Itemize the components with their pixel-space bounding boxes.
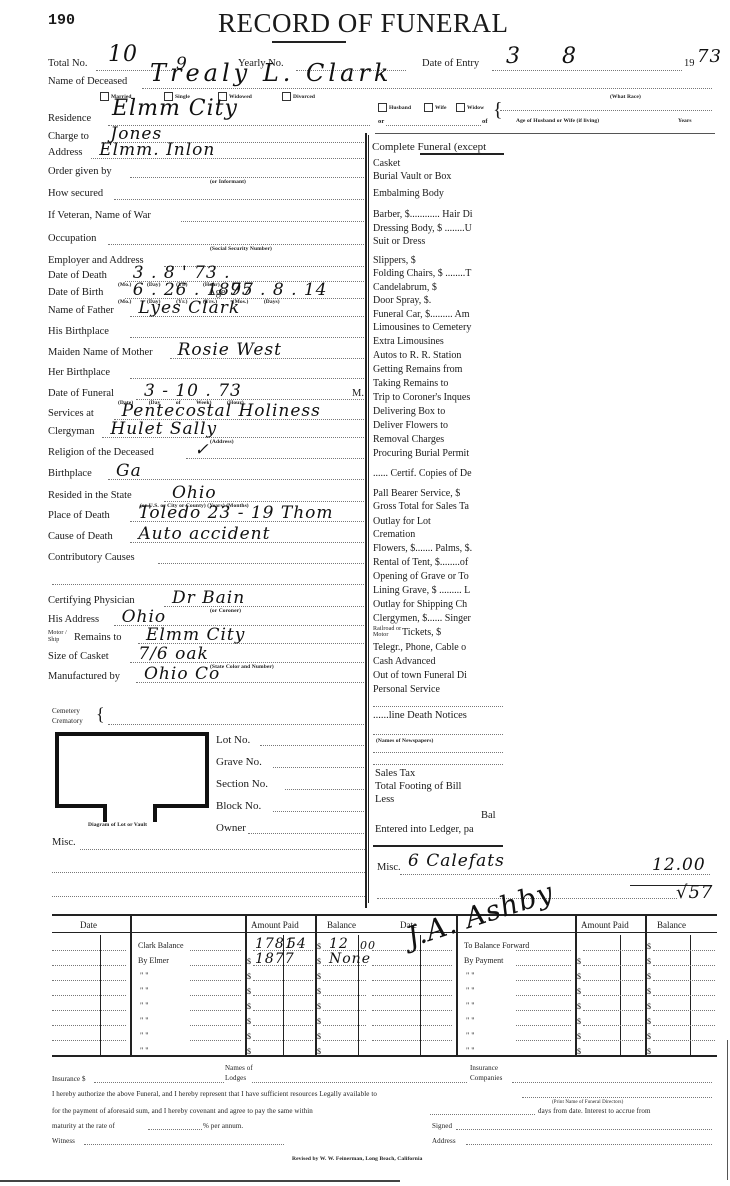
contributory-causes-label: Contributory Causes (48, 552, 135, 564)
title-underline (272, 41, 346, 43)
charge-item: Taking Remains to (373, 378, 503, 390)
left-amount-dollar-sign: $ (247, 1032, 251, 1041)
right-balance-line[interactable] (653, 1025, 715, 1026)
remains-to-value: Elmm City (146, 626, 245, 644)
name-of-deceased-label: Name of Deceased (48, 76, 127, 88)
right-amount-line[interactable] (583, 980, 643, 981)
occupation-caption: (Social Security Number) (210, 246, 272, 252)
date-of-entry-year-prefix: 19 (684, 58, 695, 70)
right-amount-dollar-sign: $ (577, 1032, 581, 1041)
right-ledger-desc: To Balance Forward (464, 941, 529, 950)
signed-line (456, 1129, 712, 1130)
charge-item: Extra Limousines (373, 336, 503, 348)
charge-item: Procuring Burial Permit (373, 448, 503, 460)
left-balance-dollar-sign: $ (317, 972, 321, 981)
maturity-text: maturity at the rate of (52, 1122, 115, 1130)
right-balance-line[interactable] (653, 980, 715, 981)
employer-and-address-label: Employer and Address (48, 255, 144, 267)
right-balance-dollar-sign: $ (647, 957, 651, 966)
date-of-entry-label: Date of Entry (422, 58, 479, 70)
maiden-name-of-mother-value: Rosie West (178, 341, 282, 359)
charge-item: Rental of Tent, $........of (373, 557, 503, 569)
lodges-label-top: Names of (225, 1064, 253, 1072)
percent-text: % per annum. (203, 1122, 243, 1130)
right-amount-line[interactable] (583, 1010, 643, 1011)
right-ledger-desc-line[interactable] (516, 965, 571, 966)
charges-header: Complete Funeral (except (372, 141, 486, 153)
left-ledger-desc-line[interactable] (190, 965, 241, 966)
block-no-label: Block No. (216, 800, 261, 812)
charge-item: Personal Service (373, 684, 503, 696)
religion-of-the-deceased-line[interactable] (186, 458, 364, 459)
remains-to-label: Remains to (74, 632, 122, 644)
left-amount-line[interactable] (253, 980, 313, 981)
authorize-text: I hereby authorize the above Funeral, an… (52, 1090, 377, 1098)
left-balance-line[interactable] (323, 1040, 366, 1041)
charges-header-underline (420, 153, 504, 155)
grave-no-line[interactable] (273, 767, 364, 768)
cemetery-label: Cemetery (52, 707, 80, 715)
manufactured-by-value: Ohio Co (144, 665, 220, 683)
date-of-funeral-value: 3 - 10 . 73 (144, 382, 242, 400)
charge-item: Dressing Body, $ ........U (373, 223, 503, 235)
left-balance-dollar-sign: $ (317, 942, 321, 951)
left-balance-line[interactable] (323, 1025, 366, 1026)
age-value: 75 . 8 . 14 (230, 281, 328, 299)
misc-left-line-3 (52, 896, 365, 897)
name-of-father-label: Name of Father (48, 305, 114, 317)
charge-item: Cremation (373, 529, 503, 541)
right-balance-line[interactable] (653, 965, 715, 966)
date-of-funeral-suffix: M. (352, 388, 364, 400)
size-of-casket-value: 7/6 oak (138, 645, 208, 663)
charge-item: Outlay for Shipping Ch (373, 599, 503, 611)
page-number: 190 (48, 12, 75, 29)
right-balance-line[interactable] (653, 950, 715, 951)
charge-item: Casket (373, 158, 503, 170)
page-right-edge (727, 1040, 728, 1180)
charge-item: Suit or Dress (373, 236, 503, 248)
charge-item: Autos to R. R. Station (373, 350, 503, 362)
charge-item: Lining Grave, $ ......... L (373, 585, 503, 597)
age-spouse-caption: Age of Husband or Wife (if living) (516, 118, 599, 124)
left-ledger-desc: " " (140, 971, 149, 980)
certifying-physician-caption: (or Coroner) (210, 608, 241, 614)
services-at-value: Pentecostal Holiness (122, 402, 321, 420)
charge-item: Out of town Funeral Di (373, 670, 503, 682)
his-address-value: Ohio (122, 608, 167, 626)
left-amount-dollar-sign: $ (247, 972, 251, 981)
ledger-header-rule (52, 932, 717, 933)
place-of-death-label: Place of Death (48, 510, 110, 522)
how-secured-label: How secured (48, 188, 103, 200)
bal-label: Bal (481, 810, 496, 822)
spouse-widow: Widow (456, 103, 484, 112)
right-ledger-desc-line[interactable] (516, 1010, 571, 1011)
right-amount-line[interactable] (583, 1040, 643, 1041)
or-line (386, 125, 481, 126)
religion-of-the-deceased-label: Religion of the Deceased (48, 447, 154, 459)
left-ledger-desc: Clark Balance (138, 941, 184, 950)
order-given-by-label: Order given by (48, 166, 112, 178)
right-balance-line[interactable] (653, 1010, 715, 1011)
maiden-name-of-mother-label: Maiden Name of Mother (48, 347, 153, 359)
right-amount-dollar-sign: $ (577, 987, 581, 996)
right-ledger-date-line[interactable] (372, 1025, 452, 1026)
charge-item: Tickets, $ (402, 627, 503, 639)
charge-item: Pall Bearer Service, $ (373, 488, 503, 500)
right-ledger-desc-line[interactable] (516, 1040, 571, 1041)
lot-diagram-gate-right (153, 804, 157, 822)
left-ledger-divider (130, 915, 132, 1055)
checkbox-widow[interactable] (456, 103, 465, 112)
spouse-name-line (500, 110, 712, 111)
left-amount-dollar-sign: $ (247, 987, 251, 996)
lot-no-label: Lot No. (216, 734, 250, 746)
left-ledger-date-line[interactable] (52, 980, 126, 981)
newspapers-caption: (Names of Newspapers) (376, 738, 433, 744)
right-amount-dollar-sign: $ (577, 957, 581, 966)
address-label: Address (432, 1137, 456, 1145)
left-balance-dollar-sign: $ (317, 957, 321, 966)
charge-item: Clergymen, $...... Singer (373, 613, 503, 625)
right-ledger-date-line[interactable] (372, 995, 452, 996)
residence-value: Elmm City (112, 100, 238, 118)
right-ledger-desc: " " (466, 986, 475, 995)
religion-of-the-deceased-value: ✓ (194, 441, 209, 459)
checkbox-divorced[interactable] (282, 92, 291, 101)
checkbox-married[interactable] (100, 92, 109, 101)
charge-to-label: Charge to (48, 131, 89, 143)
amount-dollars: 1877 (255, 950, 295, 968)
left-date-header: Date (80, 920, 97, 930)
revised-text: Revised by W. W. Feinerman, Long Beach, … (292, 1156, 422, 1162)
right-balance-line[interactable] (653, 995, 715, 996)
left-ledger-desc-line[interactable] (190, 1025, 241, 1026)
railroad-label: Railroad or Motor (373, 626, 403, 638)
clergyman-value: Hulet Sally (110, 420, 217, 438)
name-of-father-value: Lyes Clark (138, 299, 240, 317)
right-ledger-desc: " " (466, 1046, 475, 1055)
birthplace-label: Birthplace (48, 468, 92, 480)
right-balance-dollar-sign: $ (647, 1017, 651, 1026)
misc-right-value: 6 Calefats (408, 852, 505, 870)
right-ledger-date-line[interactable] (372, 1040, 452, 1041)
companies-label-top: Insurance (470, 1064, 498, 1072)
her-birthplace-label: Her Birthplace (48, 367, 110, 379)
checkbox-husband[interactable] (378, 103, 387, 112)
section-no-line[interactable] (285, 789, 364, 790)
misc-left-line-2 (52, 872, 365, 873)
death-notices-label: ......line Death Notices (373, 710, 467, 722)
rate-line (148, 1129, 202, 1130)
right-amount-dollar-sign: $ (577, 1002, 581, 1011)
right-ledger-date-line[interactable] (372, 965, 452, 966)
ledger-bottom-rule (52, 1055, 717, 1057)
right-ledger-desc: By Payment (464, 956, 503, 965)
charge-item: Gross Total for Sales Ta (373, 501, 503, 513)
cemetery-line (108, 724, 364, 725)
race-caption: (What Race) (610, 94, 641, 100)
of-label: of (482, 118, 488, 125)
spouse-wife: Wife (424, 103, 447, 112)
charge-item: Slippers, $ (373, 255, 503, 267)
lot-diagram-gate-left (103, 804, 107, 822)
years-caption: Years (678, 118, 692, 124)
right-amount-dollar-sign: $ (577, 1017, 581, 1026)
date-of-entry-year: 73 (697, 48, 722, 66)
order-given-by-line[interactable] (130, 177, 364, 178)
right-balance-line[interactable] (653, 1040, 715, 1041)
left-ledger-date-line[interactable] (52, 965, 126, 966)
lodges-label: Lodges (225, 1074, 246, 1082)
left-ledger-date-line[interactable] (52, 1010, 126, 1011)
total-no-value: 10 (108, 46, 138, 64)
left-balance-line[interactable] (323, 980, 366, 981)
charge-item: Embalming Body (373, 188, 503, 200)
signed-label: Signed (432, 1122, 452, 1130)
witness-label: Witness (52, 1137, 75, 1145)
charge-item: Barber, $............ Hair Di (373, 209, 503, 221)
right-ledger-desc: " " (466, 971, 475, 980)
companies-line (512, 1082, 712, 1083)
owner-label: Owner (216, 822, 246, 834)
occupation-line[interactable] (108, 244, 364, 245)
payment-text: for the payment of aforesaid sum, and I … (52, 1107, 313, 1115)
birthplace-value: Ga (116, 462, 142, 480)
lot-diagram (55, 732, 209, 808)
left-ledger-desc: " " (140, 1031, 149, 1040)
less-label: Less (375, 794, 394, 806)
left-ledger-desc: By Elmer (138, 956, 169, 965)
charge-item: Limousines to Cemetery (373, 322, 503, 334)
right-amount-paid-header: Amount Paid (581, 920, 629, 930)
charge-item: Delivering Box to (373, 406, 503, 418)
left-amount-dollar-sign: $ (247, 957, 251, 966)
motor-ship-label: Motor / Ship (48, 630, 68, 644)
right-ledger-desc-line[interactable] (516, 1025, 571, 1026)
left-amount-line[interactable] (253, 1040, 313, 1041)
charge-item: Candelabrum, $ (373, 282, 503, 294)
newspaper-line-3 (373, 764, 503, 765)
charge-item: Cash Advanced (373, 656, 503, 668)
left-ledger-desc: " " (140, 1016, 149, 1025)
right-ledger-date-line[interactable] (372, 1010, 452, 1011)
left-ledger-desc-line[interactable] (190, 950, 241, 951)
witness-line (84, 1144, 284, 1145)
address-line (466, 1144, 712, 1145)
document-title: RECORD OF FUNERAL (218, 8, 509, 39)
date-of-entry-day: 8 (562, 48, 577, 66)
name-of-deceased-line (142, 88, 712, 89)
charge-item: Deliver Flowers to (373, 420, 503, 432)
column-divider (365, 133, 367, 908)
right-amount-dollar-sign: $ (577, 972, 581, 981)
left-ledger-desc: " " (140, 1046, 149, 1055)
blank-line[interactable] (52, 584, 364, 585)
grave-no-label: Grave No. (216, 756, 262, 768)
place-of-death-value: Toledo 23 - 19 Thom (138, 504, 333, 522)
left-balance-line[interactable] (323, 1010, 366, 1011)
sales-tax-label: Sales Tax (375, 768, 415, 780)
right-ledger-date-line[interactable] (372, 980, 452, 981)
left-amount-dollar-sign: $ (247, 1002, 251, 1011)
page-bottom-rule (0, 1180, 400, 1182)
total-no-label: Total No. (48, 58, 88, 70)
lot-diagram-caption: Diagram of Lot or Vault (88, 822, 147, 828)
clergyman-label: Clergyman (48, 426, 94, 438)
date-of-entry-month: 3 (506, 48, 521, 66)
certifying-physician-label: Certifying Physician (48, 595, 135, 607)
clergyman-caption: (Address) (210, 439, 234, 445)
occupation-label: Occupation (48, 233, 96, 245)
payment-days-line (430, 1114, 535, 1115)
checkbox-wife[interactable] (424, 103, 433, 112)
charge-item: Telegr., Phone, Cable o (373, 642, 503, 654)
charges-blank-line (373, 706, 503, 707)
cause-of-death-label: Cause of Death (48, 531, 113, 543)
left-amount-line[interactable] (253, 995, 313, 996)
cemetery-brace: { (96, 704, 105, 724)
charge-item: Door Spray, $. (373, 295, 503, 307)
date-of-death-label: Date of Death (48, 270, 107, 282)
left-ledger-desc-line[interactable] (190, 1010, 241, 1011)
lodges-line (252, 1082, 467, 1083)
lot-diagram-bottom-left (55, 804, 107, 808)
right-ledger-desc-line[interactable] (516, 950, 571, 951)
right-amount-line[interactable] (583, 965, 643, 966)
residence-label: Residence (48, 113, 91, 125)
insurance-line (94, 1082, 224, 1083)
left-amount-line[interactable] (253, 1010, 313, 1011)
his-birthplace-line[interactable] (130, 337, 364, 338)
date-of-entry-line (492, 70, 682, 71)
misc-right-label: Misc. (377, 862, 401, 874)
charge-item: Opening of Grave or To (373, 571, 503, 583)
charges-left-border (368, 135, 369, 903)
left-amount-line[interactable] (253, 1025, 313, 1026)
left-ledger-desc-line[interactable] (190, 995, 241, 996)
spouse-husband: Husband (378, 103, 411, 112)
lot-no-line[interactable] (260, 745, 364, 746)
charge-item: Removal Charges (373, 434, 503, 446)
charge-item: Outlay for Lot (373, 516, 503, 528)
manufactured-by-label: Manufactured by (48, 671, 120, 683)
contributory-causes-line[interactable] (158, 563, 364, 564)
misc-left-line-1 (80, 849, 365, 850)
newspaper-line-1 (373, 734, 503, 735)
or-label: or (378, 118, 384, 125)
right-amount-line[interactable] (583, 950, 643, 951)
name-of-deceased-value: Trealy L. Clark (150, 64, 392, 82)
lot-diagram-bottom-right (153, 804, 205, 808)
charge-item: Funeral Car, $......... Am (373, 309, 503, 321)
how-secured-line[interactable] (114, 199, 364, 200)
if-veteran-name-of-war-line[interactable] (181, 221, 364, 222)
left-ledger-date-line[interactable] (52, 1040, 126, 1041)
right-balance-dollar-sign: $ (647, 942, 651, 951)
left-amount-dollar-sign: $ (247, 1017, 251, 1026)
left-balance-dollar-sign: $ (317, 1032, 321, 1041)
director-caption: (Print Name of Funeral Directors) (552, 1100, 623, 1105)
services-at-label: Services at (48, 408, 94, 420)
address-value: Elmm. Inlon (99, 141, 215, 159)
left-ledger-desc-line[interactable] (190, 980, 241, 981)
right-amount-line[interactable] (583, 995, 643, 996)
ledger-entry-label: Entered into Ledger, pa (375, 824, 474, 836)
director-line (522, 1097, 712, 1098)
newspaper-line-2 (373, 752, 503, 753)
left-ledger-desc: " " (140, 1001, 149, 1010)
left-balance-line[interactable] (323, 995, 366, 996)
right-balance-dollar-sign: $ (647, 972, 651, 981)
misc-right-note: √57 (676, 884, 713, 902)
status-divorced: Divorced (282, 92, 315, 101)
cause-of-death-value: Auto accident (138, 525, 270, 543)
left-ledger-date-line[interactable] (52, 995, 126, 996)
charge-item: Folding Chairs, $ ........T (373, 268, 503, 280)
charge-item: Getting Remains from (373, 364, 503, 376)
right-balance-dollar-sign: $ (647, 1002, 651, 1011)
misc-left-label: Misc. (52, 837, 76, 849)
right-ledger-desc-line[interactable] (516, 980, 571, 981)
misc-right-amount: 12.00 (652, 856, 706, 874)
left-ledger-desc: " " (140, 986, 149, 995)
charge-item: Burial Vault or Box (373, 171, 503, 183)
her-birthplace-line[interactable] (130, 378, 364, 379)
right-ledger-desc-line[interactable] (516, 995, 571, 996)
owner-line[interactable] (248, 833, 365, 834)
order-given-by-caption: (or Informant) (210, 179, 246, 185)
right-amount-line[interactable] (583, 1025, 643, 1026)
left-balance-dollar-sign: $ (317, 987, 321, 996)
resided-in-the-state-value: Ohio (172, 484, 217, 502)
crematory-label: Crematory (52, 717, 83, 725)
ledger-entry-rule (373, 845, 503, 847)
left-ledger-desc-line[interactable] (190, 1040, 241, 1041)
charge-item: Trip to Coroner's Inques (373, 392, 503, 404)
right-balance-header: Balance (657, 920, 686, 930)
block-no-line[interactable] (273, 811, 364, 812)
date-of-funeral-label: Date of Funeral (48, 388, 114, 400)
insurance-label: Insurance $ (52, 1075, 86, 1083)
address-label: Address (48, 147, 82, 159)
his-birthplace-label: His Birthplace (48, 326, 109, 338)
birthplace-line[interactable] (108, 479, 364, 480)
right-balance-dollar-sign: $ (647, 987, 651, 996)
right-ledger-desc: " " (466, 1031, 475, 1040)
balance-dollars: None (329, 950, 371, 968)
companies-label: Companies (470, 1074, 502, 1082)
section-no-label: Section No. (216, 778, 268, 790)
total-footing-label: Total Footing of Bill (375, 781, 461, 793)
right-ledger-desc: " " (466, 1016, 475, 1025)
left-balance-header: Balance (327, 920, 356, 930)
ledger-top-rule (52, 914, 717, 916)
charge-item: ...... Certif. Copies of De (373, 468, 503, 480)
charges-top-rule (375, 133, 715, 134)
size-of-casket-label: Size of Casket (48, 651, 109, 663)
if-veteran-name-of-war-label: If Veteran, Name of War (48, 210, 151, 222)
date-of-birth-label: Date of Birth (48, 287, 103, 299)
left-ledger-date-line[interactable] (52, 1025, 126, 1026)
left-ledger-date-line[interactable] (52, 950, 126, 951)
his-address-label: His Address (48, 614, 99, 626)
resided-in-the-state-label: Resided in the State (48, 490, 132, 502)
right-balance-dollar-sign: $ (647, 1032, 651, 1041)
left-balance-dollar-sign: $ (317, 1017, 321, 1026)
certifying-physician-value: Dr Bain (172, 589, 245, 607)
